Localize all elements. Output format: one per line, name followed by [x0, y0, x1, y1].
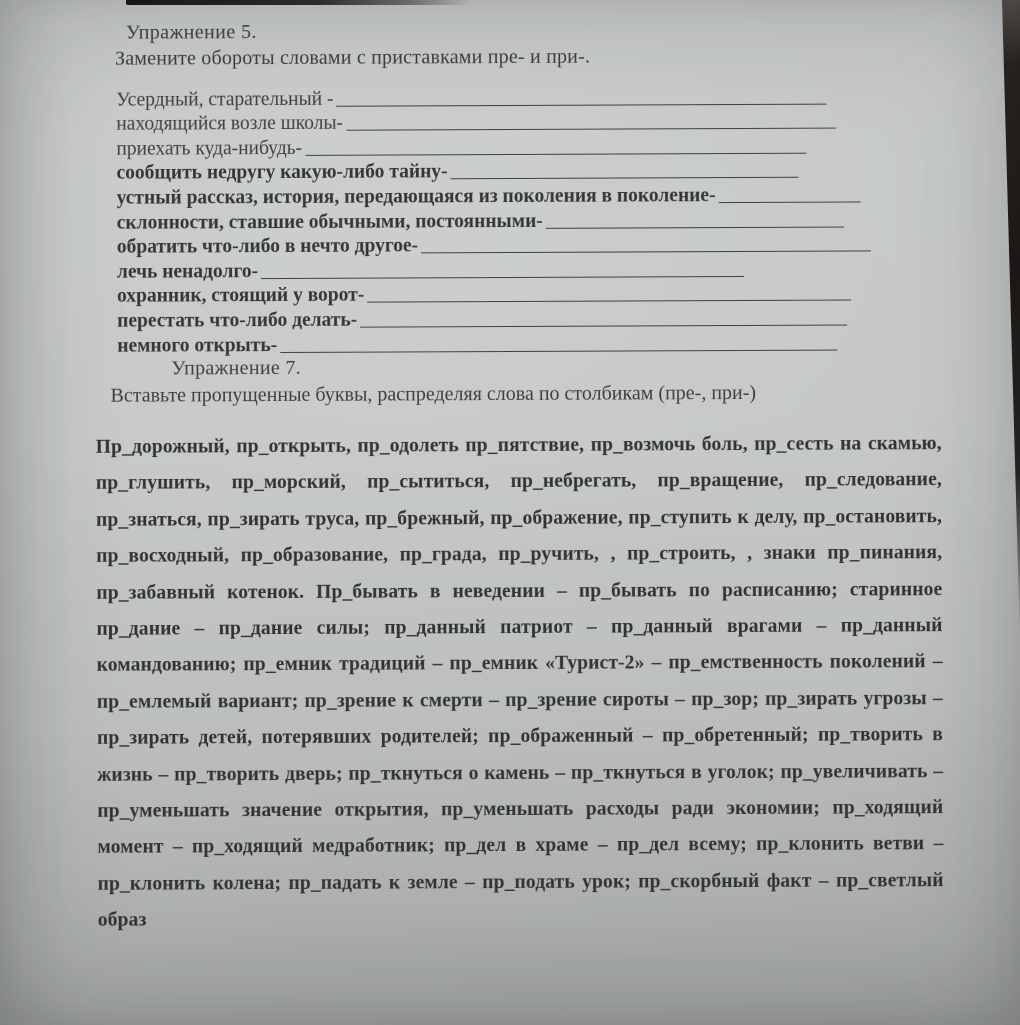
answer-row: склонности, ставшие обычными, постоянным… [117, 207, 844, 235]
answer-row: обратить что-либо в нечто другое- [117, 231, 871, 259]
exercise7-title: Упражнение 7. [171, 357, 301, 381]
answer-blank-line [421, 251, 871, 254]
answer-label: устный рассказ, история, передающаяся из… [117, 185, 719, 210]
answer-blank-line [261, 276, 744, 279]
answer-blank-line [305, 152, 806, 155]
answer-label: Усердный, старательный - [116, 88, 336, 111]
answer-blank-line [360, 324, 847, 327]
answer-blank-line [367, 300, 851, 303]
answer-label: обратить что-либо в нечто другое- [117, 236, 421, 259]
answer-row: находящийся возле школы- [116, 108, 836, 136]
answer-label: лечь ненадолго- [117, 261, 261, 284]
answer-label: перестать что-либо делать- [117, 310, 360, 333]
answer-row: Усердный, старательный - [116, 84, 826, 112]
worksheet-photo: Упражнение 5. Замените обороты словами с… [0, 0, 1020, 1025]
answer-row: приехать куда-нибудь- [116, 133, 806, 161]
answer-row: перестать что-либо делать- [117, 305, 847, 333]
answer-label: немного открыть- [117, 335, 280, 358]
answer-blank-line [336, 103, 826, 106]
answer-label: находящийся возле школы- [116, 113, 346, 136]
answer-row: сообщить недругу какую-либо тайну- [116, 158, 798, 186]
exercise5-answer-list: Усердный, старательный - находящийся воз… [116, 83, 871, 357]
answer-row: устный рассказ, история, передающаяся из… [117, 182, 861, 210]
answer-blank-line [719, 201, 861, 203]
exercise5-instruction: Замените обороты словами с приставками п… [115, 46, 590, 71]
answer-blank-line [346, 128, 836, 131]
answer-row: лечь ненадолго- [117, 256, 744, 283]
answer-blank-line [451, 177, 799, 180]
answer-blank-line [546, 226, 844, 228]
answer-row: охранник, стоящий у ворот- [117, 280, 851, 308]
answer-row: немного открыть- [117, 330, 837, 358]
exercise5-title: Упражнение 5. [126, 21, 257, 45]
answer-label: приехать куда-нибудь- [116, 138, 305, 161]
exercise7-instruction: Вставьте пропущенные буквы, распределяя … [110, 382, 756, 408]
answer-label: склонности, ставшие обычными, постоянным… [117, 210, 546, 234]
exercise7-word-list: Пр_дорожный, пр_открыть, пр_одолеть пр_п… [96, 426, 944, 939]
answer-label: охранник, стоящий у ворот- [117, 285, 367, 308]
answer-label: сообщить недругу какую-либо тайну- [116, 162, 450, 185]
answer-blank-line [280, 349, 837, 352]
